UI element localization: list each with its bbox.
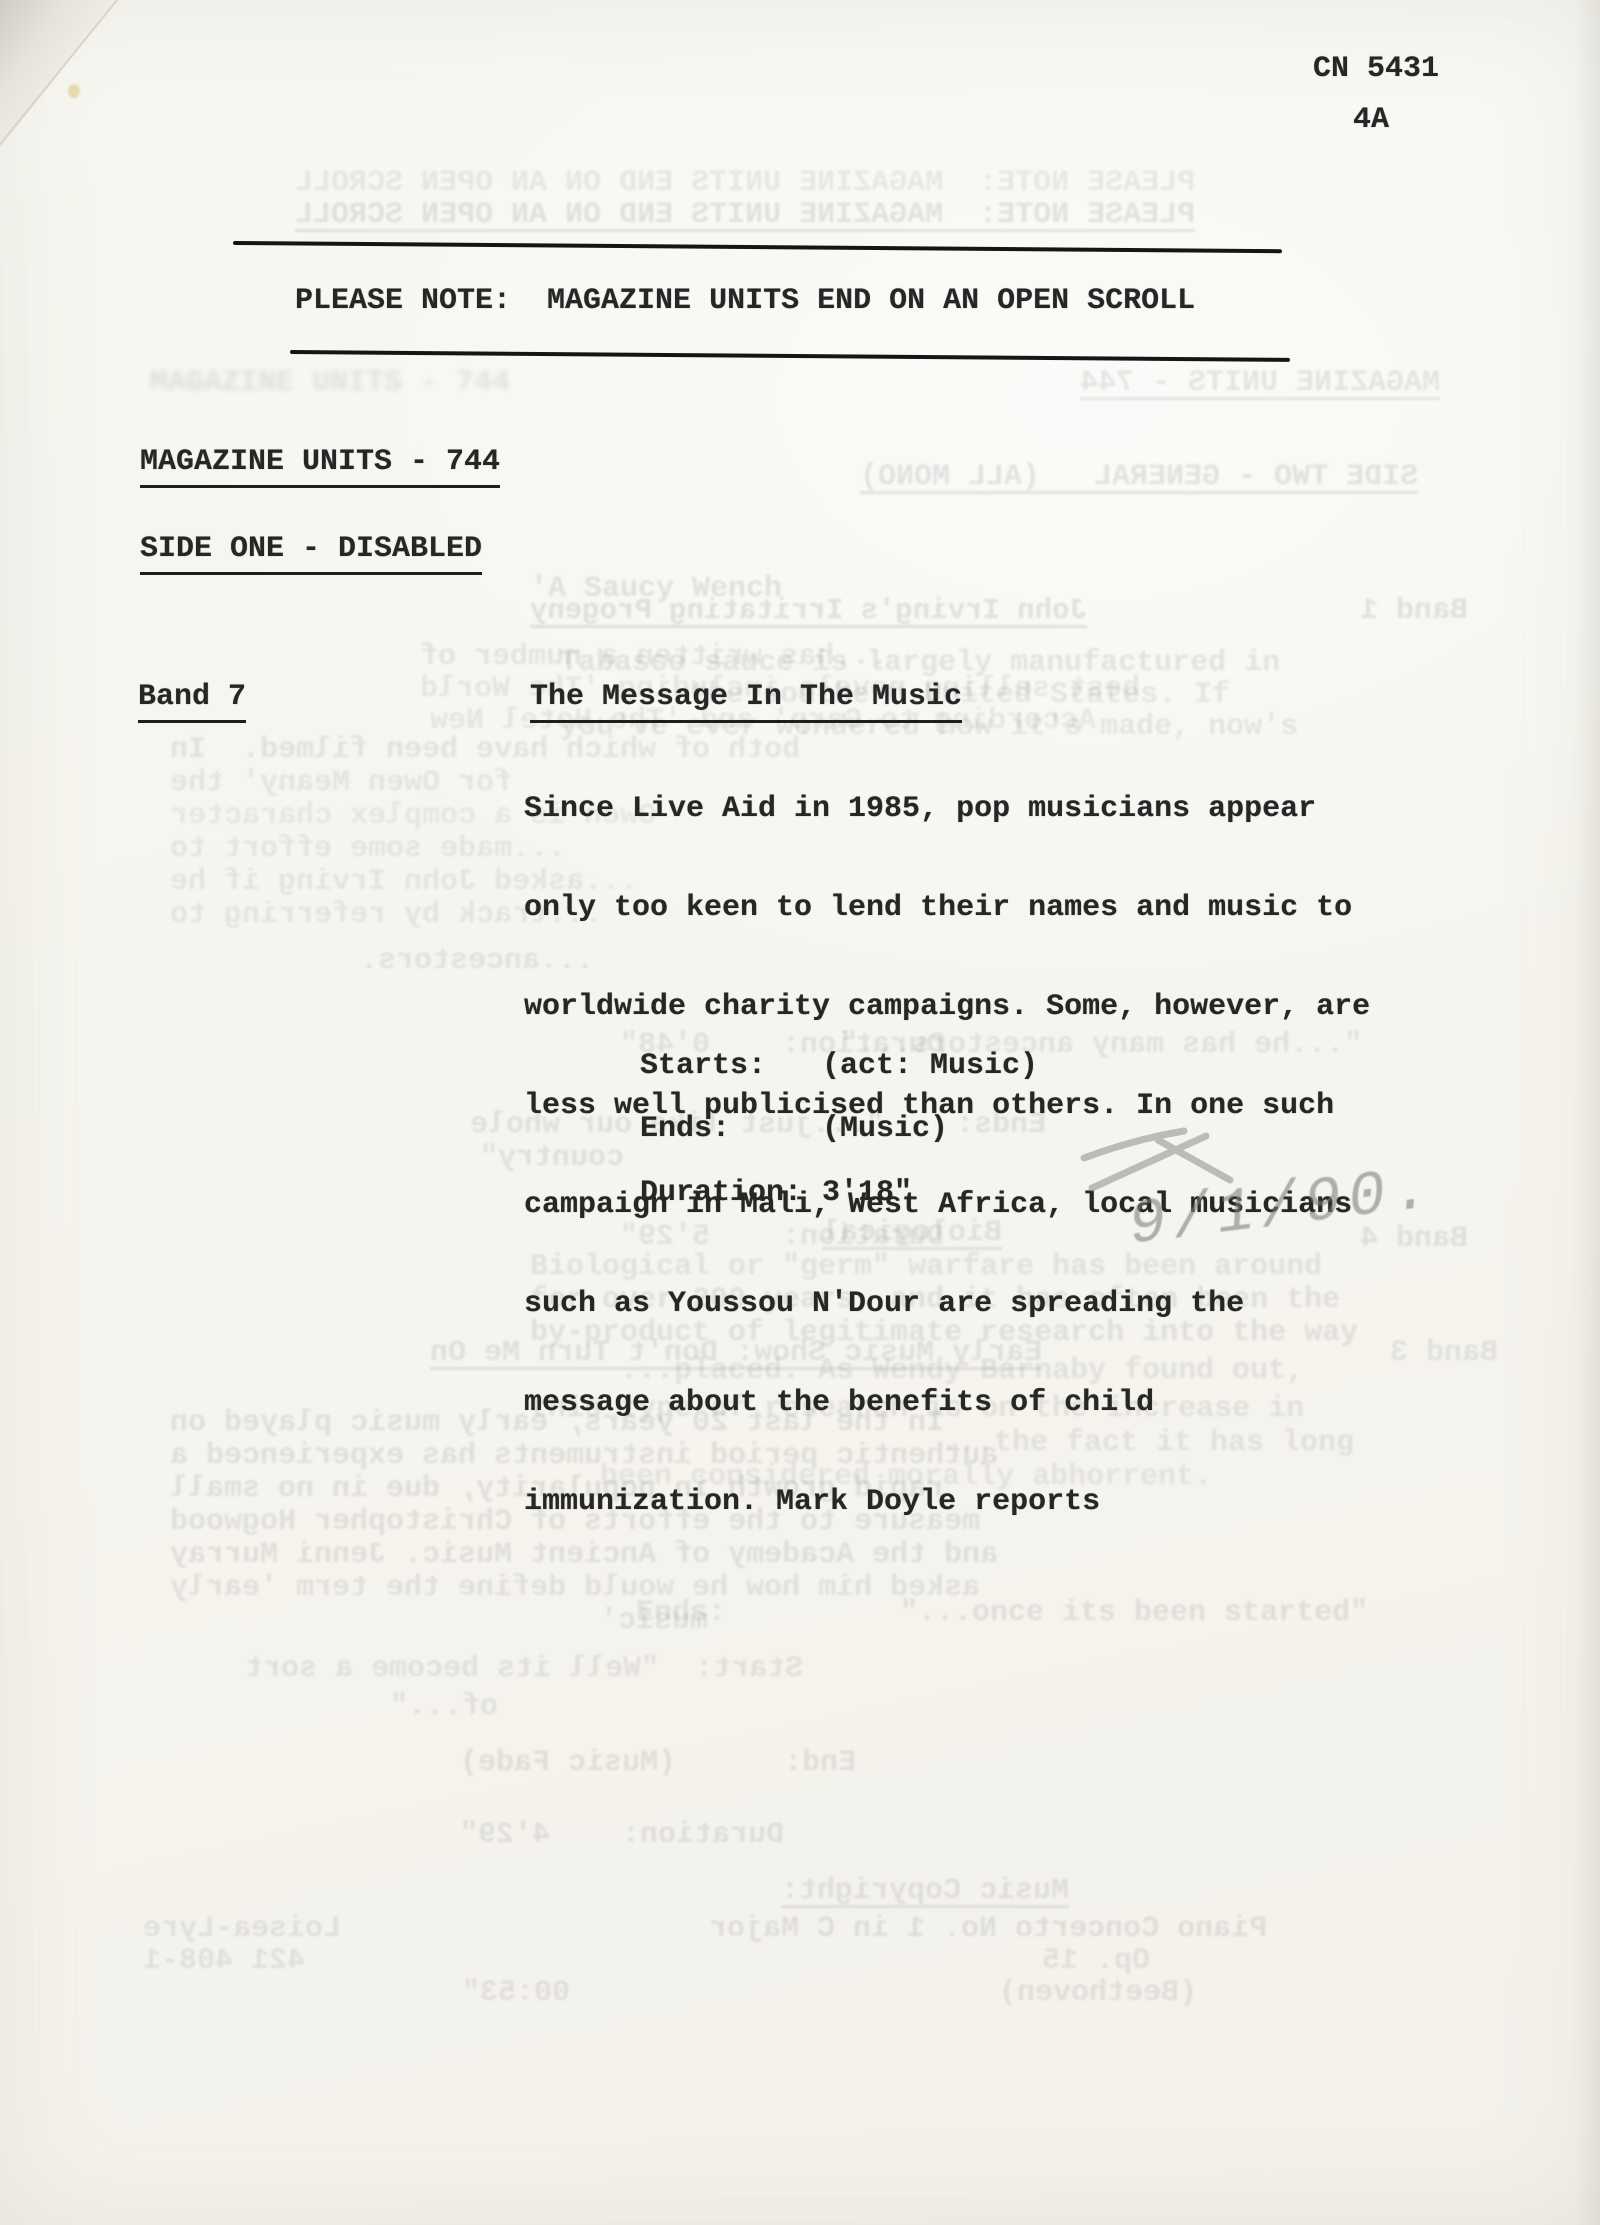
ghost-text-line: End: (Music Fade) [460, 1746, 856, 1780]
paragraph-line: immunization. Mark Doyle reports [524, 1486, 1370, 1519]
ghost-text-line: for Owen Meany' the [170, 766, 512, 800]
ghost-text-line: Band 3 [1390, 1336, 1498, 1370]
side-heading: SIDE ONE - DISABLED [140, 532, 482, 575]
ghost-text-line: SIDE TWO - GENERAL (ALL MONO) [860, 460, 1418, 494]
band-title: The Message In The Music [530, 680, 962, 723]
ghost-text-line: ...made some effort to [170, 832, 566, 866]
band-label: Band 7 [138, 680, 246, 723]
cue-row-starts: Starts: (act: Music) [640, 1049, 1160, 1089]
duration-label: Duration: [640, 1176, 802, 1210]
paragraph-line: message about the benefits of child [524, 1387, 1370, 1420]
ghost-text-line: MAGAZINE UNITS - 744 [150, 366, 510, 400]
ghost-text-line: Op. 15 [1042, 1944, 1150, 1978]
ghost-text-line: 00:53" [462, 1976, 570, 2010]
paragraph-line: only too keen to lend their names and mu… [524, 892, 1370, 925]
ghost-text-line: "...once its been started" [900, 1596, 1368, 1630]
ghost-text-line: Loisea-Lyre [143, 1912, 341, 1946]
magazine-units-heading: MAGAZINE UNITS - 744 [140, 445, 500, 488]
ghost-text-line: (Beethoven) [999, 1976, 1197, 2010]
duration-value: 3'18" [822, 1176, 912, 1210]
ghost-text-line: PLEASE NOTE: MAGAZINE UNITS END ON AN OP… [295, 166, 1195, 200]
ends-label: Ends: [640, 1112, 730, 1146]
ghost-text-line: Duration: 4'29" [460, 1818, 784, 1852]
starts-label: Starts: [640, 1049, 766, 1083]
ghost-text-line: MAGAZINE UNITS - 744 [1080, 366, 1440, 400]
page-code: 4A [1353, 103, 1389, 137]
ghost-text-line: Start: "Well its become a sort [245, 1652, 803, 1686]
paragraph-line: worldwide charity campaigns. Some, howev… [524, 991, 1370, 1024]
notice-text: PLEASE NOTE: MAGAZINE UNITS END ON AN OP… [295, 284, 1195, 318]
ghost-text-line: Music Copyright: [781, 1874, 1069, 1908]
ghost-text-line: Ends: [636, 1596, 726, 1630]
document-page: PLEASE NOTE: MAGAZINE UNITS END ON AN OP… [0, 0, 1600, 2225]
ends-value: (Music) [822, 1112, 948, 1146]
catalogue-number: CN 5431 [1313, 52, 1439, 86]
ghost-text-line: John Irving's Irritating Progeny [530, 594, 1087, 627]
notice-rule-bottom [290, 350, 1290, 362]
ghost-text-line: Band 1 [1360, 594, 1468, 628]
ghost-text-line: PLEASE NOTE: MAGAZINE UNITS END ON AN OP… [295, 198, 1195, 232]
starts-value: (act: Music) [822, 1049, 1038, 1083]
ghost-text-line: 421 408-1 [143, 1944, 305, 1978]
notice-rule-top [233, 241, 1282, 253]
paragraph-line: such as Youssou N'Dour are spreading the [524, 1288, 1370, 1321]
paragraph-line: Since Live Aid in 1985, pop musicians ap… [524, 793, 1370, 826]
ghost-text-line: Piano Concerto No. 1 in C Major [709, 1912, 1267, 1946]
page-edge-shadow [1574, 0, 1600, 2225]
ghost-text-line: of..." [390, 1690, 498, 1724]
paper-stain [68, 84, 80, 98]
